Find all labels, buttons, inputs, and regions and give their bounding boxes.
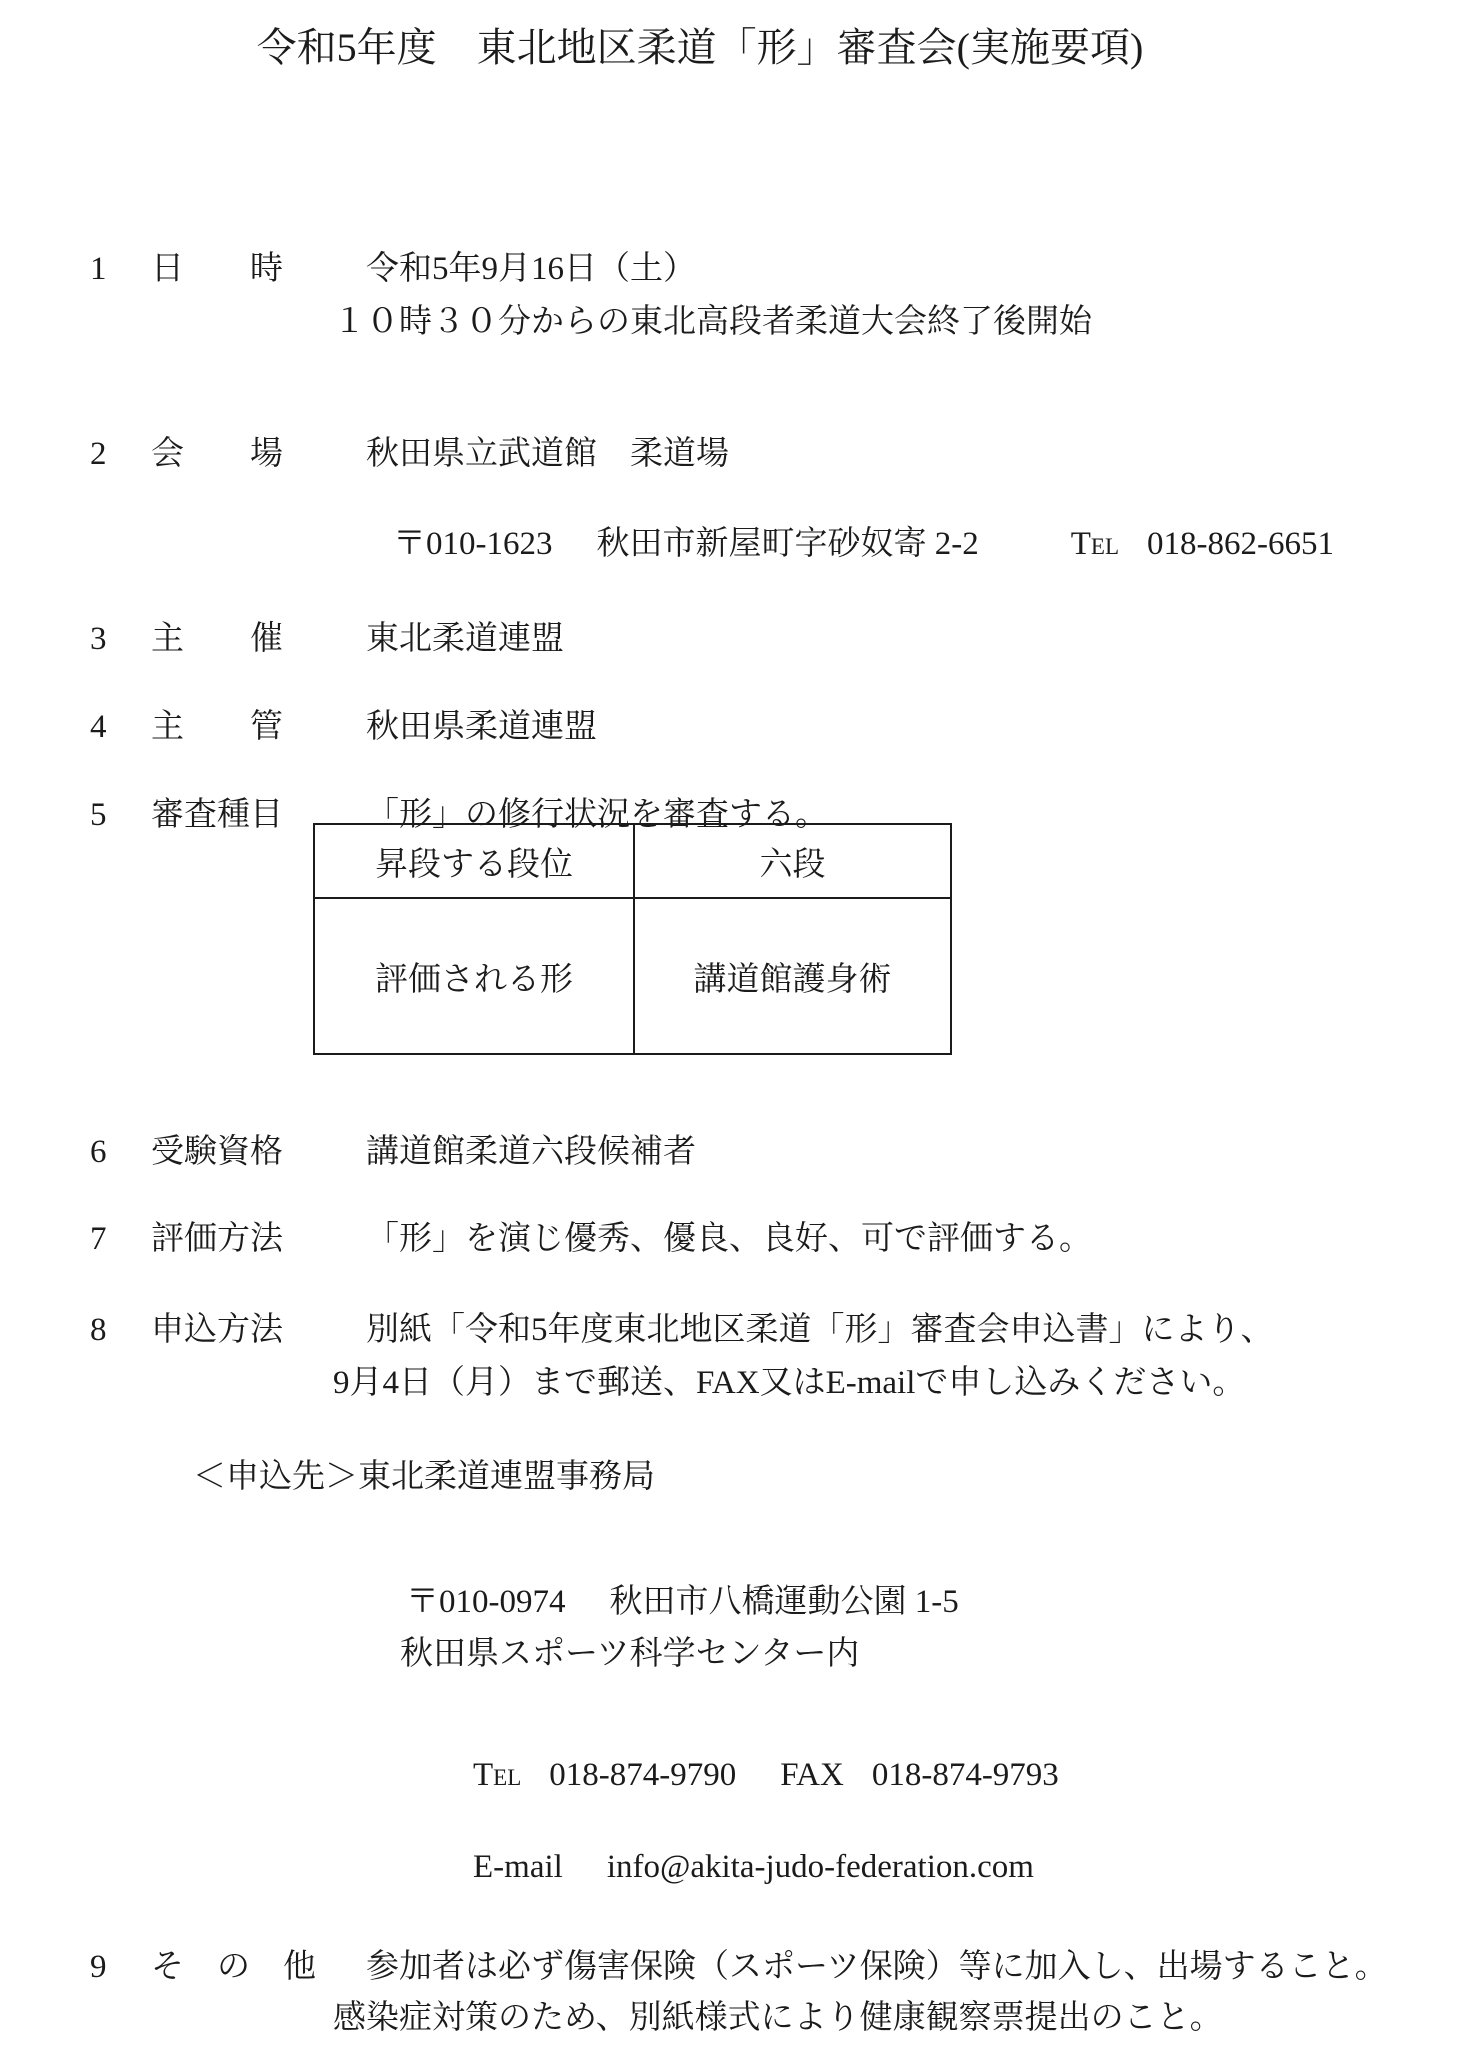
table-row: 評価される形 講道館護身術 <box>314 898 951 1054</box>
kata-grade-table: 昇段する段位 六段 評価される形 講道館護身術 <box>313 823 952 1055</box>
item-3-label: 主 催 <box>151 612 366 659</box>
item-2-number: 2 <box>90 436 151 473</box>
recipient-postal-code: 〒010-0974 <box>406 1584 566 1620</box>
venue-tel-number: 018-862-6651 <box>1147 526 1334 562</box>
item-4-label: 主 管 <box>151 700 366 747</box>
item-2-label: 会 場 <box>151 427 366 474</box>
item-8-number: 8 <box>90 1312 151 1349</box>
table-cell-grade-value: 六段 <box>634 824 951 898</box>
item-8-content: 別紙「令和5年度東北地区柔道「形」審査会申込書」により、 <box>366 1312 1274 1348</box>
item-8-label: 申込方法 <box>151 1303 366 1350</box>
recipient-tel-number: 018-874-9790 <box>549 1757 736 1793</box>
table-row: 昇段する段位 六段 <box>314 824 951 898</box>
item-2-content: 秋田県立武道館 柔道場 <box>366 436 729 472</box>
item-7-number: 7 <box>90 1221 151 1258</box>
item-7-content: 「形」を演じ優秀、優良、良好、可で評価する。 <box>366 1221 1092 1257</box>
recipient-email-label: E-mail <box>473 1849 563 1885</box>
item-8-line2: 9月4日（月）まで郵送、FAX又はE-mailで申し込みください。 <box>333 1356 1245 1403</box>
table-cell-grade-header: 昇段する段位 <box>314 824 634 898</box>
item-4-content: 秋田県柔道連盟 <box>366 709 597 745</box>
item-9-label: そ の 他 <box>151 1940 366 1987</box>
item-9-line2: 感染症対策のため、別紙様式により健康観察票提出のこと。 <box>333 1991 1223 2038</box>
application-recipient: ＜申込先＞東北柔道連盟事務局 <box>193 1450 655 1497</box>
document-page: 令和5年度 東北地区柔道「形」審査会(実施要項) 1日 時令和5年9月16日（土… <box>0 0 1460 2048</box>
recipient-building: 秋田県スポーツ科学センター内 <box>400 1627 859 1674</box>
item-1-label: 日 時 <box>151 242 366 289</box>
item-6-number: 6 <box>90 1134 151 1171</box>
recipient-tel-label: Tel <box>473 1757 521 1793</box>
item-6-label: 受験資格 <box>151 1125 366 1172</box>
item-3-content: 東北柔道連盟 <box>366 621 564 657</box>
item-1-number: 1 <box>90 251 151 288</box>
recipient-email-address: info@akita-judo-federation.com <box>607 1849 1034 1885</box>
item-9-number: 9 <box>90 1949 151 1986</box>
table-cell-kata-header: 評価される形 <box>314 898 634 1054</box>
item-5-number: 5 <box>90 797 151 834</box>
item-1-line2: １０時３０分からの東北高段者柔道大会終了後開始 <box>333 295 1092 342</box>
item-7-label: 評価方法 <box>151 1212 366 1259</box>
recipient-fax-label: FAX <box>780 1757 844 1793</box>
venue-street: 秋田市新屋町字砂奴寄 2-2 <box>597 526 979 562</box>
item-1-content: 令和5年9月16日（土） <box>366 251 696 287</box>
document-title: 令和5年度 東北地区柔道「形」審査会(実施要項) <box>0 16 1400 73</box>
recipient-street: 秋田市八橋運動公園 1-5 <box>610 1584 959 1620</box>
venue-tel-label: Tel <box>1071 526 1119 562</box>
item-9-content: 参加者は必ず傷害保険（スポーツ保険）等に加入し、出場すること。 <box>366 1949 1388 1985</box>
item-4-number: 4 <box>90 709 151 746</box>
venue-postal-code: 〒010-1623 <box>393 526 553 562</box>
item-6-content: 講道館柔道六段候補者 <box>366 1134 696 1170</box>
recipient-fax-number: 018-874-9793 <box>872 1757 1059 1793</box>
item-3-number: 3 <box>90 621 151 658</box>
table-cell-kata-value: 講道館護身術 <box>634 898 951 1054</box>
